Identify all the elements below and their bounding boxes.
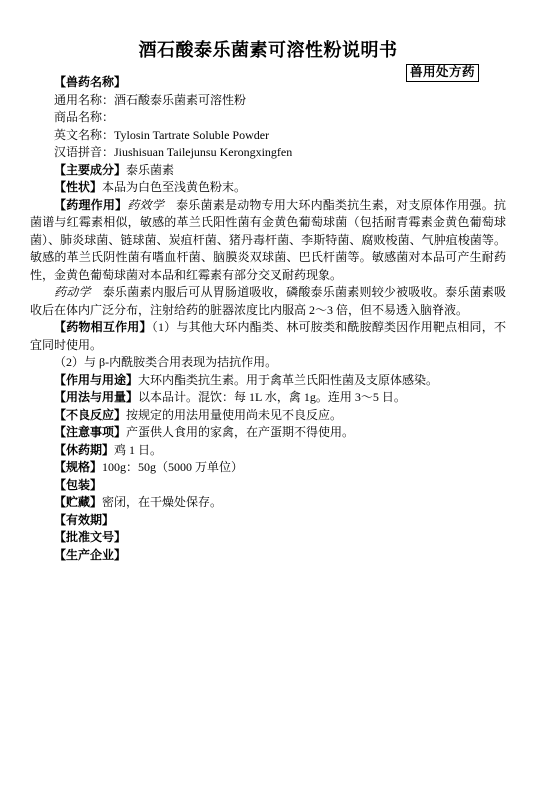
section-line: 【注意事项】产蛋供人食用的家禽，在产蛋期不得使用。 — [30, 424, 506, 442]
section-line: 【用法与用量】以本品计。混饮：每 1L 水，禽 1g。连用 3～5 日。 — [30, 389, 506, 407]
section-line: 【不良反应】按规定的用法用量使用尚未见不良反应。 — [30, 407, 506, 425]
section-line: 【药物相互作用】（1）与其他大环内酯类、林可胺类和酰胺醇类因作用靶点相同，不宜同… — [30, 319, 506, 354]
section-label: 【作用与用途】 — [54, 373, 138, 387]
section-line: 【有效期】 — [30, 512, 506, 530]
section-text: 以本品计。混饮：每 1L 水，禽 1g。连用 3～5 日。 — [138, 390, 406, 404]
section-label: 【兽药名称】 — [54, 75, 126, 89]
section-label: 【性状】 — [54, 180, 102, 194]
section-label: 【生产企业】 — [54, 548, 126, 562]
section-text: （2）与 β-内酰胺类合用表现为拮抗作用。 — [54, 355, 277, 369]
section-lead: 药效学 — [127, 198, 164, 212]
section-line: 【休药期】鸡 1 日。 — [30, 442, 506, 460]
section-line: 【性状】本品为白色至浅黄色粉末。 — [30, 179, 506, 197]
section-label: 【用法与用量】 — [54, 390, 138, 404]
section-line: 【生产企业】 — [30, 547, 506, 565]
page-title: 酒石酸泰乐菌素可溶性粉说明书 — [0, 36, 536, 62]
section-line: （2）与 β-内酰胺类合用表现为拮抗作用。 — [30, 354, 506, 372]
document-body: 【兽药名称】通用名称：酒石酸泰乐菌素可溶性粉商品名称：英文名称：Tylosin … — [30, 74, 506, 564]
section-text: 汉语拼音：Jiushisuan Tailejunsu Kerongxingfen — [54, 145, 292, 159]
section-text: 泰乐菌素 — [126, 163, 174, 177]
section-line: 【包装】 — [30, 477, 506, 495]
section-label: 【休药期】 — [54, 443, 114, 457]
section-label: 【注意事项】 — [54, 425, 126, 439]
section-text: 100g：50g（5000 万单位） — [102, 460, 243, 474]
section-label: 【不良反应】 — [54, 408, 126, 422]
section-text: 按规定的用法用量使用尚未见不良反应。 — [126, 408, 342, 422]
section-line: 【规格】100g：50g（5000 万单位） — [30, 459, 506, 477]
section-line: 【作用与用途】大环内酯类抗生素。用于禽革兰氏阳性菌及支原体感染。 — [30, 372, 506, 390]
section-text: 通用名称：酒石酸泰乐菌素可溶性粉 — [54, 93, 246, 107]
section-label: 【批准文号】 — [54, 530, 126, 544]
section-line: 【主要成分】泰乐菌素 — [30, 162, 506, 180]
section-label: 【规格】 — [54, 460, 102, 474]
section-label: 【有效期】 — [54, 513, 114, 527]
section-label: 【药物相互作用】 — [54, 320, 152, 334]
section-label: 【贮藏】 — [54, 495, 102, 509]
section-line: 【批准文号】 — [30, 529, 506, 547]
section-label: 【药理作用】 — [54, 198, 127, 212]
section-line: 药动学泰乐菌素内服后可从胃肠道吸收，磷酸泰乐菌素则较少被吸收。泰乐菌素吸收后在体… — [30, 284, 506, 319]
section-text: 英文名称：Tylosin Tartrate Soluble Powder — [54, 128, 269, 142]
section-text: 密闭，在干燥处保存。 — [102, 495, 222, 509]
section-line: 【药理作用】药效学泰乐菌素是动物专用大环内酯类抗生素，对支原体作用强。抗菌谱与红… — [30, 197, 506, 285]
section-text: 大环内酯类抗生素。用于禽革兰氏阳性菌及支原体感染。 — [138, 373, 438, 387]
section-label: 【包装】 — [54, 478, 102, 492]
section-line: 英文名称：Tylosin Tartrate Soluble Powder — [30, 127, 506, 145]
section-line: 商品名称： — [30, 109, 506, 127]
section-line: 【贮藏】密闭，在干燥处保存。 — [30, 494, 506, 512]
section-text: 商品名称： — [54, 110, 114, 124]
section-text: 泰乐菌素内服后可从胃肠道吸收，磷酸泰乐菌素则较少被吸收。泰乐菌素吸收后在体内广泛… — [30, 285, 506, 317]
section-text: 产蛋供人食用的家禽，在产蛋期不得使用。 — [126, 425, 354, 439]
section-lead: 药动学 — [54, 285, 91, 299]
section-line: 汉语拼音：Jiushisuan Tailejunsu Kerongxingfen — [30, 144, 506, 162]
section-text: 鸡 1 日。 — [114, 443, 162, 457]
section-text: 本品为白色至浅黄色粉末。 — [102, 180, 246, 194]
section-label: 【主要成分】 — [54, 163, 126, 177]
section-line: 通用名称：酒石酸泰乐菌素可溶性粉 — [30, 92, 506, 110]
instruction-sheet-page: 酒石酸泰乐菌素可溶性粉说明书 兽用处方药 【兽药名称】通用名称：酒石酸泰乐菌素可… — [0, 0, 536, 812]
section-line: 【兽药名称】 — [30, 74, 506, 92]
